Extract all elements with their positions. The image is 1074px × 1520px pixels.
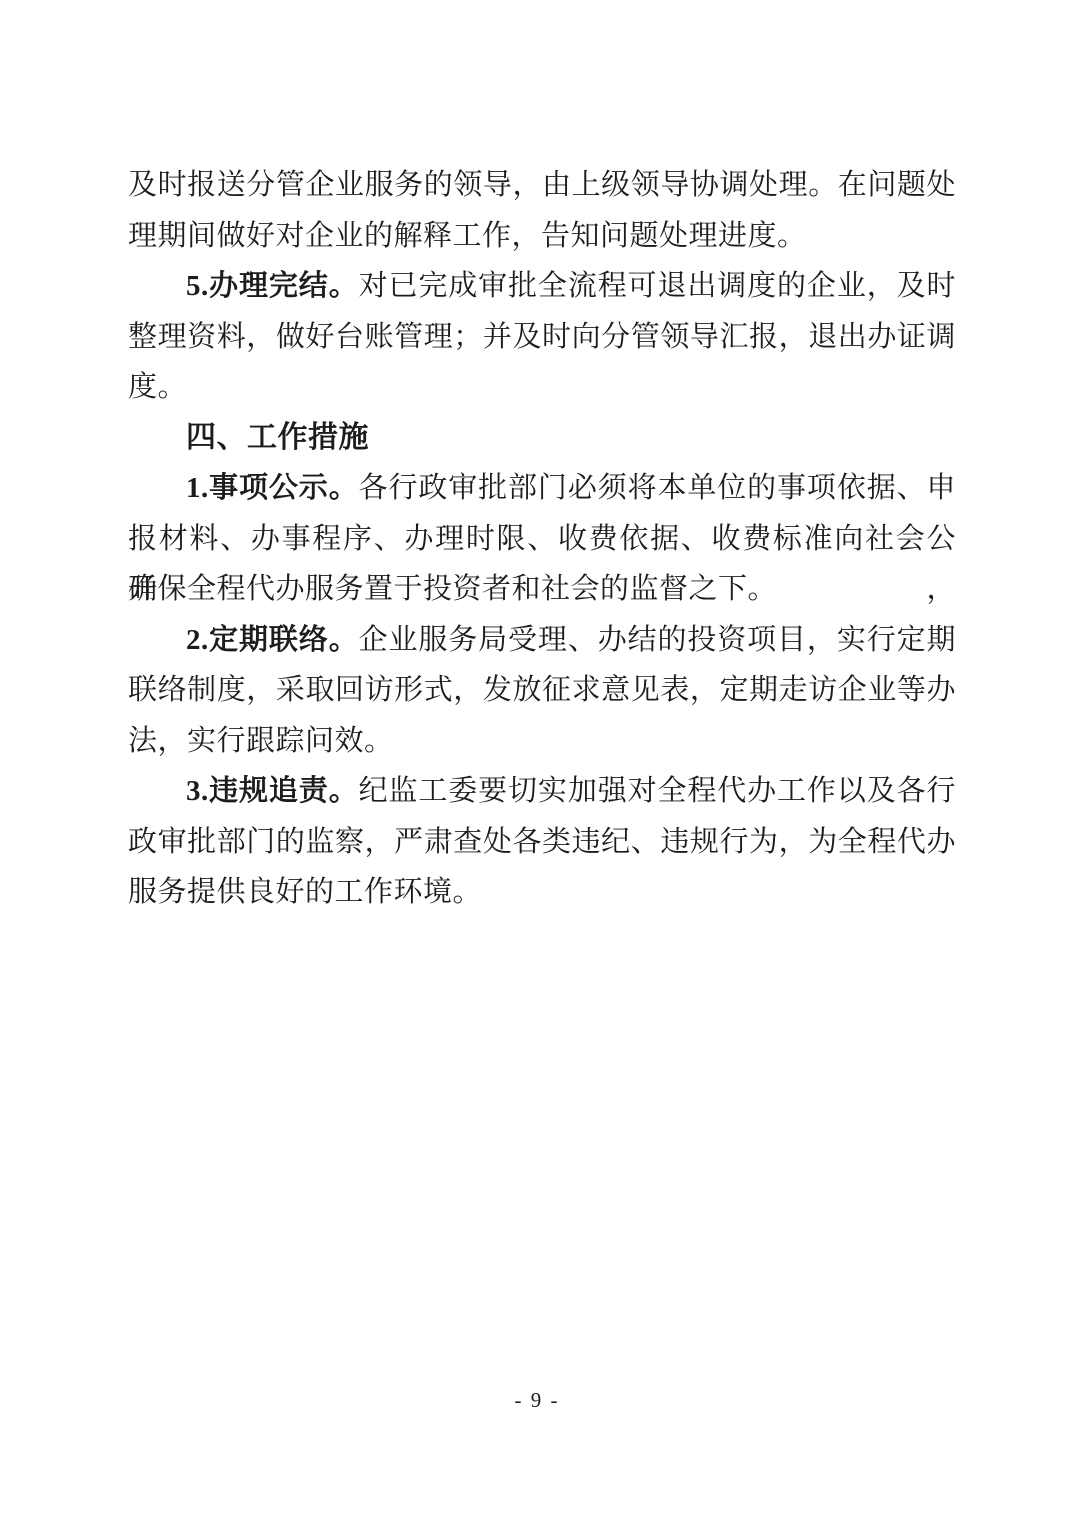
document-page: 及时报送分管企业服务的领导，由上级领导协调处理。在问题处理期间做好对企业的解释工… — [0, 0, 1074, 1520]
paragraph-text: 法，实行跟踪问效。 — [128, 725, 394, 757]
paragraph-text: 联络制度，采取回访形式，发放征求意见表，定期走访企业等办 — [128, 674, 956, 706]
text-line: 整理资料，做好台账管理；并及时向分管领导汇报，退出办证调 — [128, 312, 956, 363]
paragraph-text: 度。 — [128, 371, 187, 403]
paragraph-text: 整理资料，做好台账管理；并及时向分管领导汇报，退出办证调 — [128, 321, 956, 353]
paragraph-text: 各行政审批部门必须将本单位的事项依据、申 — [359, 472, 956, 504]
page-number: - 9 - — [0, 1388, 1074, 1413]
paragraph-text: 政审批部门的监察，严肃查处各类违纪、违规行为，为全程代办 — [128, 826, 956, 858]
text-line: 5.办理完结。对已完成审批全流程可退出调度的企业，及时 — [128, 261, 956, 312]
text-line: 2.定期联络。企业服务局受理、办结的投资项目，实行定期 — [128, 615, 956, 666]
text-line: 理期间做好对企业的解释工作，告知问题处理进度。 — [128, 211, 956, 262]
paragraph-text: 对已完成审批全流程可退出调度的企业，及时 — [359, 270, 956, 302]
text-line: 联络制度，采取回访形式，发放征求意见表，定期走访企业等办 — [128, 665, 956, 716]
text-line: 度。 — [128, 362, 956, 413]
paragraph-text: 纪监工委要切实加强对全程代办工作以及各行 — [359, 775, 956, 807]
text-line: 1.事项公示。各行政审批部门必须将本单位的事项依据、申 — [128, 463, 956, 514]
paragraph-lead: 1.事项公示。 — [186, 472, 359, 504]
paragraph-lead: 四、工作措施 — [186, 421, 369, 454]
paragraph-text: 企业服务局受理、办结的投资项目，实行定期 — [359, 624, 956, 656]
paragraph-text: 及时报送分管企业服务的领导，由上级领导协调处理。在问题处 — [128, 169, 956, 201]
text-line: 3.违规追责。纪监工委要切实加强对全程代办工作以及各行 — [128, 766, 956, 817]
text-line: 报材料、办事程序、办理时限、收费依据、收费标准向社会公开， — [128, 514, 956, 565]
paragraph-text: 确保全程代办服务置于投资者和社会的监督之下。 — [128, 573, 777, 605]
paragraph-lead: 5.办理完结。 — [186, 270, 359, 302]
section-heading: 四、工作措施 — [128, 413, 956, 464]
text-line: 法，实行跟踪问效。 — [128, 716, 956, 767]
document-body: 及时报送分管企业服务的领导，由上级领导协调处理。在问题处理期间做好对企业的解释工… — [128, 160, 956, 918]
paragraph-text: 服务提供良好的工作环境。 — [128, 876, 482, 908]
paragraph-lead: 3.违规追责。 — [186, 775, 359, 807]
text-line: 政审批部门的监察，严肃查处各类违纪、违规行为，为全程代办 — [128, 817, 956, 868]
text-line: 及时报送分管企业服务的领导，由上级领导协调处理。在问题处 — [128, 160, 956, 211]
paragraph-text: 理期间做好对企业的解释工作，告知问题处理进度。 — [128, 220, 807, 252]
text-line: 服务提供良好的工作环境。 — [128, 867, 956, 918]
paragraph-lead: 2.定期联络。 — [186, 624, 359, 656]
